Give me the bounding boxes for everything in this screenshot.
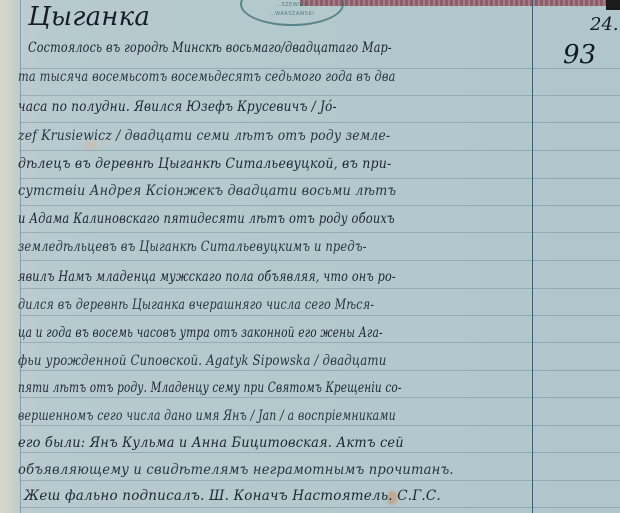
record-heading: Цыганка bbox=[28, 2, 150, 32]
record-line: дѣлецъ въ деревнѣ Цыганкѣ Ситальевуцкой,… bbox=[18, 156, 391, 172]
ruled-line bbox=[20, 507, 620, 508]
record-line: явилъ Намъ младенца мужскаго пола объявл… bbox=[18, 269, 396, 285]
ruled-line bbox=[20, 95, 620, 96]
ruled-line bbox=[20, 260, 620, 261]
ruled-line bbox=[20, 178, 620, 179]
record-line: сутствіи Андрея Ксіонжекъ двадцати восьм… bbox=[18, 183, 396, 199]
record-line: вершенномъ сего числа дано имя Янъ / Jan… bbox=[18, 408, 396, 424]
page-number: 24. bbox=[590, 14, 619, 35]
record-line: та тысяча восемьсотъ восемьдесятъ седьмо… bbox=[18, 69, 396, 85]
binding-corner bbox=[606, 0, 620, 10]
stamp-text-line1: …SZEWICZ bbox=[242, 2, 342, 8]
ruled-line bbox=[20, 480, 620, 481]
ruled-line bbox=[20, 122, 620, 123]
record-line: объявляющему и свидѣтелямъ неграмотнымъ … bbox=[18, 462, 454, 478]
record-line: zef Krusiewicz / двадцати семи лѣтъ отъ … bbox=[18, 128, 390, 144]
entry-number: 93 bbox=[563, 40, 596, 70]
document-page: …SZEWICZ …WARSZAWSKI Цыганка 24. 93 Сост… bbox=[0, 0, 620, 513]
archive-stamp: …SZEWICZ …WARSZAWSKI bbox=[240, 0, 344, 26]
ruled-line bbox=[20, 232, 620, 233]
record-line: часа по полудни. Явился Юзефъ Крусевичъ … bbox=[18, 99, 337, 115]
record-line: пяти лѣтъ отъ роду. Младенцу сему при Св… bbox=[18, 380, 402, 396]
ruled-line bbox=[20, 315, 620, 316]
ruled-line bbox=[20, 205, 620, 206]
ruled-line bbox=[20, 452, 620, 453]
signature-line: Жеш фально подписалъ. Ш. Коначъ Настояте… bbox=[24, 488, 441, 504]
record-line: ца и года въ восемь часовъ утра отъ зако… bbox=[18, 325, 383, 341]
ruled-line bbox=[20, 425, 620, 426]
ruled-line bbox=[20, 150, 620, 151]
record-line: земледѣльцевъ въ Цыганкѣ Ситальевуцкимъ … bbox=[18, 239, 367, 255]
binding-edge bbox=[300, 0, 620, 6]
record-line: и Адама Калиновскаго пятидесяти лѣтъ отъ… bbox=[18, 211, 395, 227]
record-line: его были: Янъ Кульма и Анна Бицитовская.… bbox=[18, 435, 404, 451]
record-line: дился въ деревнѣ Цыганка вчерашняго числ… bbox=[18, 297, 374, 313]
record-line: фьи урожденной Сиповской. Agatyk Sipowsk… bbox=[18, 353, 386, 369]
ruled-line bbox=[20, 397, 620, 398]
stamp-text-line2: …WARSZAWSKI bbox=[242, 11, 342, 17]
right-margin-rule bbox=[532, 0, 533, 513]
page-left-edge bbox=[0, 0, 18, 513]
record-line: Состоялось въ городѣ Минскѣ восьмаго/два… bbox=[28, 40, 392, 56]
ruled-line bbox=[20, 288, 620, 289]
ruled-line bbox=[20, 342, 620, 343]
ruled-line bbox=[20, 370, 620, 371]
